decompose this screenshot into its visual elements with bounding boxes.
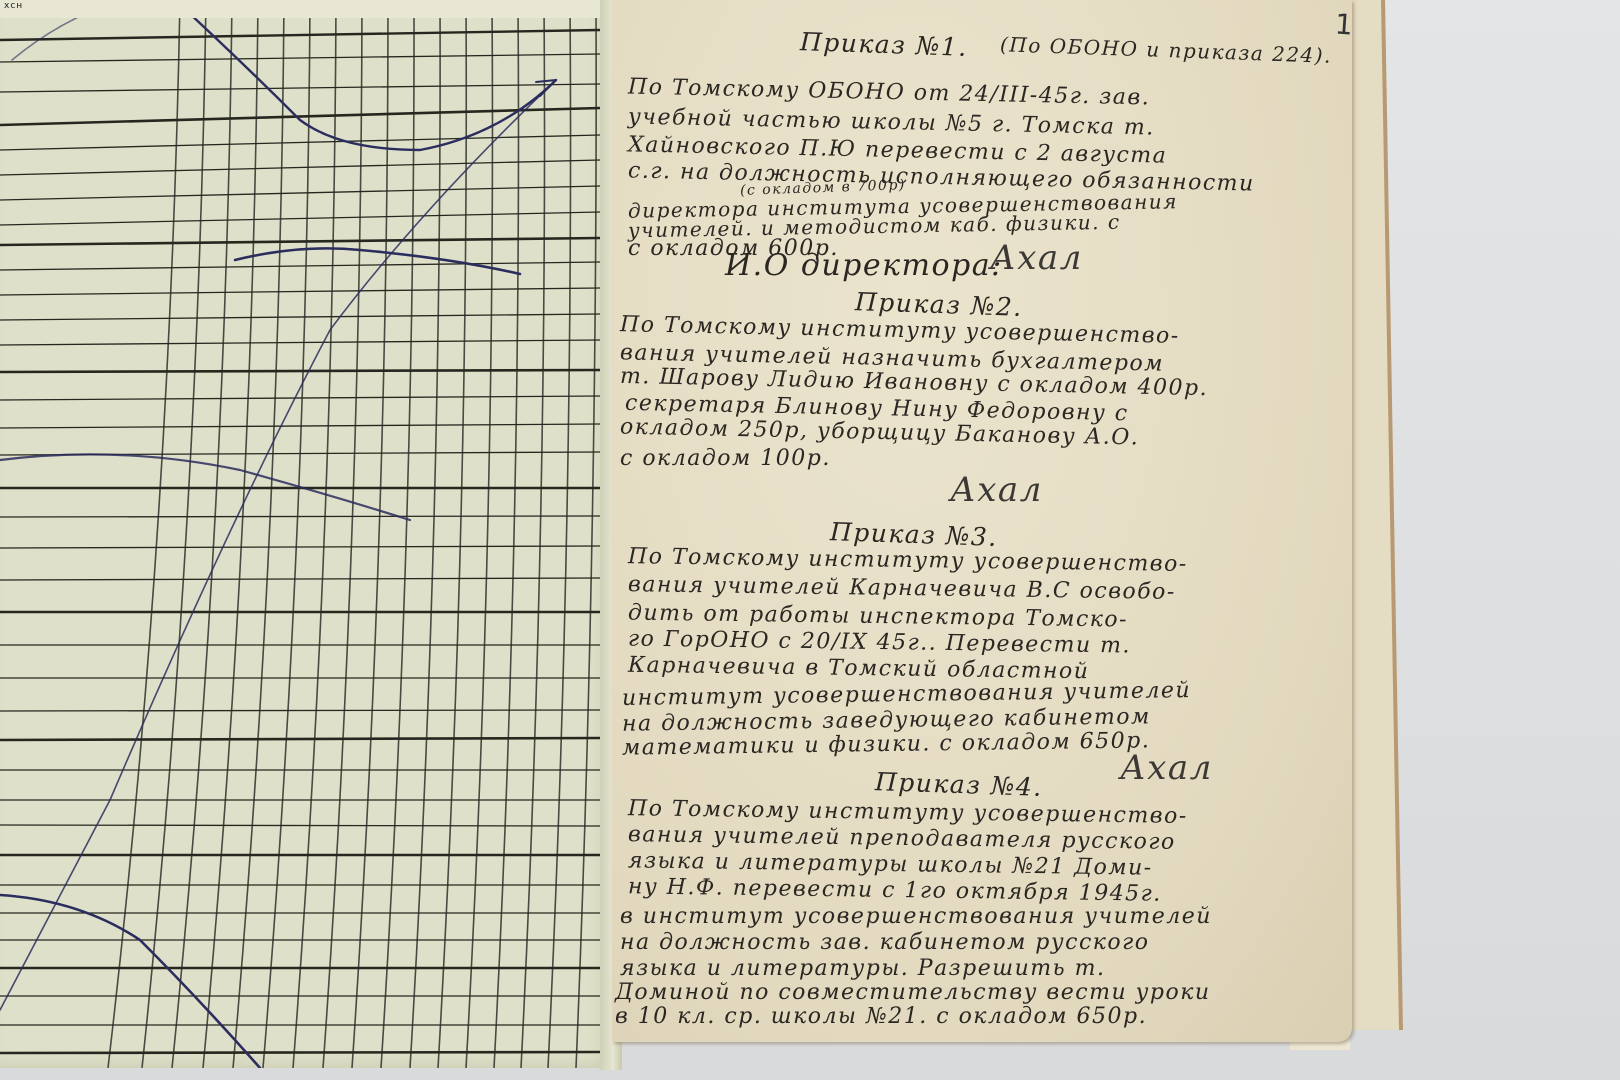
- ledger-header-label: хсн: [4, 1, 23, 11]
- order-4-title: Приказ №4.: [875, 767, 1044, 802]
- order-4-line-7: языка и литературы. Разрешить т.: [620, 956, 1105, 981]
- director-signature-3: Ахал: [1120, 748, 1213, 788]
- order-4-line-9: в 10 кл. ср. школы №21. с окладом 650р.: [615, 1004, 1147, 1029]
- order-4-line-6: на должность зав. кабинетом русского: [620, 930, 1150, 955]
- order-4-line-8: Доминой по совместительству вести уроки: [615, 980, 1211, 1005]
- page-number: 1: [1334, 7, 1354, 41]
- left-page-grid-ledger: хсн: [0, 0, 620, 1068]
- ledger-header-strip: хсн: [0, 0, 620, 18]
- order-1-signature-label: И.О директора:: [725, 248, 1003, 283]
- order-1-title: Приказ №1.: [800, 27, 969, 62]
- director-signature-1: Ахал: [990, 238, 1083, 278]
- order-2-line-6: с окладом 100р.: [620, 446, 831, 471]
- director-signature-2: Ахал: [950, 470, 1043, 510]
- ledger-grid: [0, 0, 620, 1068]
- order-4-line-5: в институт усовершенствования учителей: [620, 904, 1212, 929]
